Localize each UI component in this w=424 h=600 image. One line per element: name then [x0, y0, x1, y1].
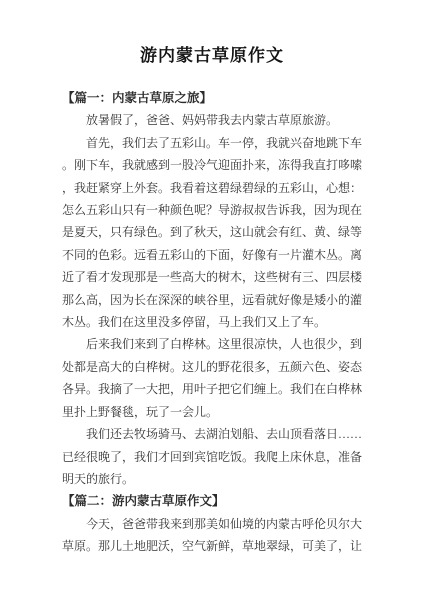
section-heading-2: 【篇二：游内蒙古草原作文】	[62, 490, 362, 512]
document-page: 游内蒙古草原作文 【篇一：内蒙古草原之旅】 放暑假了，爸爸、妈妈带我去内蒙古草原…	[0, 0, 424, 600]
paragraph: 我们还去牧场骑马、去湖泊划船、去山顶看落日……已经很晚了，我们才回到宾馆吃饭。我…	[62, 423, 362, 490]
paragraph: 首先，我们去了五彩山。车一停，我就兴奋地跳下车。刚下车，我就感到一股冷气迎面扑来…	[62, 132, 362, 334]
page-title: 游内蒙古草原作文	[62, 44, 362, 68]
paragraph: 今天，爸爸带我来到那美如仙境的内蒙古呼伦贝尔大草原。那儿土地肥沃，空气新鲜，草地…	[62, 513, 362, 558]
document-content: 游内蒙古草原作文 【篇一：内蒙古草原之旅】 放暑假了，爸爸、妈妈带我去内蒙古草原…	[62, 44, 362, 558]
paragraph: 后来我们来到了白桦林。这里很凉快，人也很少，到处都是高大的白桦树。这儿的野花很多…	[62, 333, 362, 423]
paragraph: 放暑假了，爸爸、妈妈带我去内蒙古草原旅游。	[62, 109, 362, 131]
section-heading-1: 【篇一：内蒙古草原之旅】	[62, 87, 362, 109]
